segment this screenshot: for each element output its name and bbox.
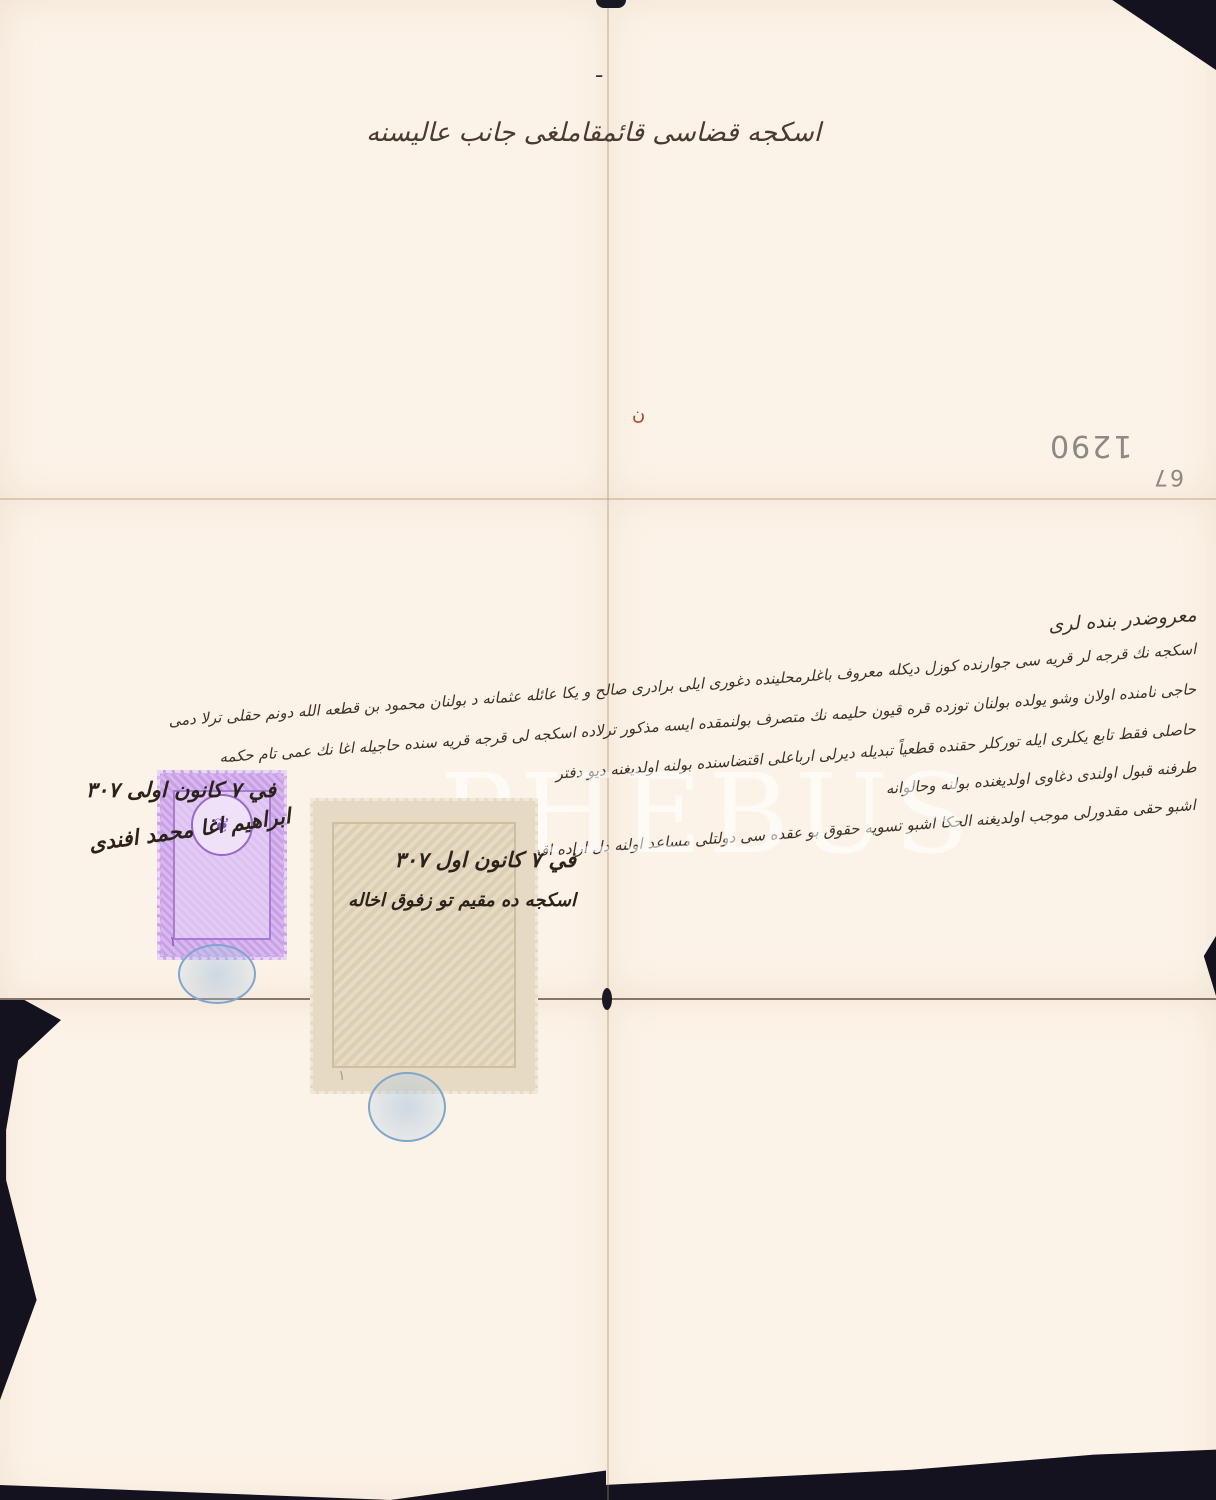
top-mark: ـ [596, 58, 602, 82]
pencil-page-number: 67 [1152, 464, 1184, 489]
paper-panel-bottom-right [606, 996, 1216, 1500]
signature-right-date: في ۷ كانون اول ٣٠٧ [394, 848, 576, 872]
paper-panel-top-left [0, 0, 610, 500]
pencil-archive-number: 1290 [1048, 428, 1132, 463]
edge-tear-top [596, 0, 626, 8]
red-ink-mark: ن [632, 404, 645, 425]
fold-hole [602, 988, 612, 1010]
blue-seal-right [368, 1072, 446, 1142]
horizontal-fold-line-upper [0, 498, 1216, 500]
signature-right-text: اسكجه ده مقیم تو زفوق اخاله [348, 890, 576, 911]
blue-seal-left [178, 944, 256, 1004]
paper-panel-top-right [606, 0, 1216, 500]
beige-stamp-value: ١ [338, 1068, 346, 1084]
document-heading: اسكجه قضاسی قائمقاملغی جانب عالیسنه [366, 118, 821, 148]
purple-stamp-value: ١ [169, 934, 177, 950]
signature-left-date: في ۷ كانون اولی ٣٠٧ [86, 778, 276, 802]
beige-revenue-stamp: ١ [310, 798, 538, 1094]
